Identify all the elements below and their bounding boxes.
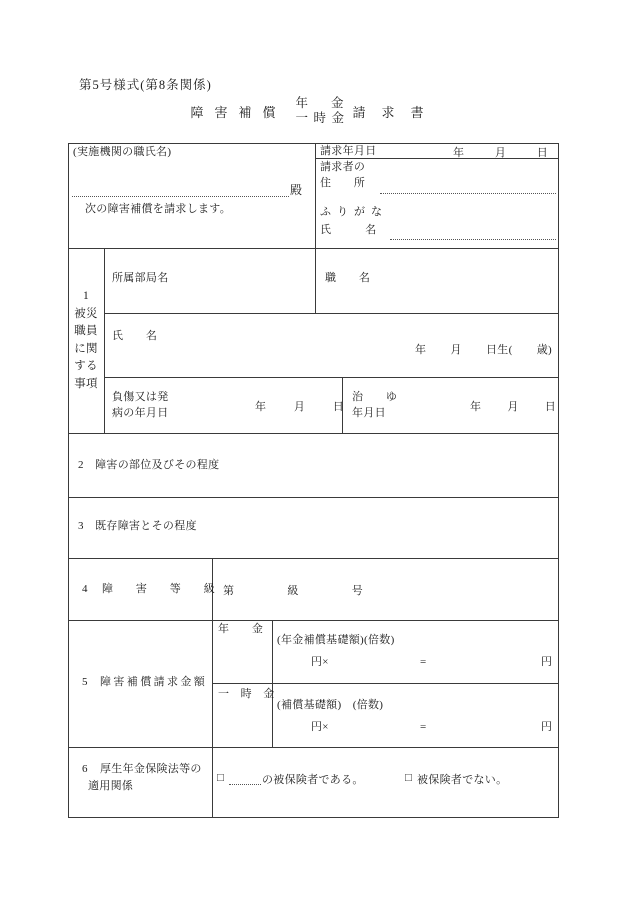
disability-compensation-claim-form: 第5号様式(第8条関係) 障害補償 年 金 一時金 請求書 (実施機関の職氏名)…: [0, 0, 630, 903]
injury-date-ymd[interactable]: 年 月 日: [255, 398, 344, 414]
claim-date-label: 請求年月日: [320, 144, 377, 158]
birth-date-row[interactable]: 年 月 日生( 歳): [415, 341, 552, 357]
table-line: [68, 747, 558, 748]
lump-sum-yen: 円: [541, 720, 552, 734]
injury-date-label: 負傷又は発 病の年月日: [112, 389, 169, 421]
section5-label: 障害補償請求金額: [100, 675, 207, 689]
title-pension-lump-stack: 年 金 一時金: [296, 96, 344, 127]
furigana-label: ふりがな: [320, 205, 388, 219]
table-line: [68, 248, 558, 249]
table-line: [558, 143, 559, 818]
section4-label: 障 害 等 級: [102, 582, 215, 596]
pension-yen-times[interactable]: 円×: [311, 655, 329, 669]
pension-equals: =: [420, 655, 427, 669]
day-label: 日: [537, 144, 548, 160]
claimant-name-label: 氏 名: [320, 223, 377, 237]
section3-label: 3 既存障害とその程度: [78, 519, 197, 533]
table-line: [68, 817, 558, 818]
table-line: [104, 313, 558, 314]
year-label: 年: [470, 398, 481, 414]
insured-checkbox[interactable]: □: [217, 771, 224, 786]
form-title: 障害補償 年 金 一時金 請求書: [0, 92, 630, 130]
table-line: [68, 497, 558, 498]
table-line: [68, 143, 69, 818]
section4-number: 4: [82, 582, 88, 596]
insured-text: の被保険者である。: [262, 773, 364, 787]
table-line: [104, 377, 558, 378]
insurer-name-field[interactable]: [229, 771, 261, 785]
grade-value-row[interactable]: 第 級 号: [223, 582, 363, 598]
healed-date-label: 治 ゆ 年月日: [352, 389, 397, 421]
age-label: 歳): [537, 341, 552, 357]
not-insured-text: 被保険者でない。: [417, 773, 507, 787]
born-label: 日生(: [486, 341, 513, 357]
section1-side-label: 1 被災 職員 に関 する 事項: [68, 288, 104, 393]
grade-dai-label: 第: [223, 582, 234, 598]
pension-row-label: 年 金: [218, 622, 263, 636]
lump-sum-equals: =: [420, 720, 427, 734]
claim-date-ymd[interactable]: 年 月 日: [453, 144, 548, 160]
address-label: 住 所: [320, 176, 365, 190]
section6-label-line1: 厚生年金保険法等の: [100, 762, 202, 776]
department-label: 所属部局名: [112, 271, 169, 285]
section2-label: 2 障害の部位及びその程度: [78, 458, 219, 472]
healed-date-ymd[interactable]: 年 月 日: [470, 398, 556, 414]
pension-formula-label: (年金補償基礎額)(倍数): [277, 633, 395, 647]
title-prefix: 障害補償: [190, 102, 286, 121]
lump-sum-row-label: 一 時 金: [218, 687, 275, 701]
month-label: 月: [450, 341, 461, 357]
year-label: 年: [255, 398, 266, 414]
form-number: 第5号様式(第8条関係): [79, 77, 212, 93]
month-label: 月: [507, 398, 518, 414]
section6-label-line2: 適用関係: [88, 779, 133, 793]
title-suffix: 請求書: [353, 102, 440, 121]
grade-kyu-label: 級: [287, 582, 298, 598]
claimant-prefix-label: 請求者の: [320, 160, 365, 174]
agency-name-label: (実施機関の職氏名): [73, 145, 171, 159]
year-label: 年: [415, 341, 426, 357]
section5-number: 5: [82, 675, 88, 689]
position-label: 職 名: [325, 271, 370, 285]
title-pension-left: 年: [296, 96, 309, 111]
day-label: 日: [545, 398, 556, 414]
day-label: 日: [333, 398, 344, 414]
table-line: [315, 143, 316, 313]
lump-sum-yen-times[interactable]: 円×: [311, 720, 329, 734]
table-line: [68, 620, 558, 621]
table-line: [104, 248, 105, 433]
request-statement: 次の障害補償を請求します。: [85, 202, 231, 216]
grade-go-label: 号: [352, 582, 363, 598]
lump-sum-formula-label: (補償基礎額) (倍数): [277, 698, 383, 712]
address-field[interactable]: [380, 180, 556, 194]
month-label: 月: [495, 144, 506, 160]
title-lump-line: 一時金: [296, 111, 344, 126]
table-line: [68, 558, 558, 559]
agency-name-field[interactable]: [72, 183, 289, 197]
table-line: [212, 558, 213, 817]
not-insured-checkbox[interactable]: □: [405, 771, 412, 786]
year-label: 年: [453, 144, 464, 160]
section6-number: 6: [82, 762, 88, 776]
claimant-name-field[interactable]: [390, 226, 556, 240]
title-pension-line: 年 金: [296, 96, 344, 111]
month-label: 月: [294, 398, 305, 414]
table-line: [272, 620, 273, 747]
table-line: [212, 683, 558, 684]
employee-name-label: 氏 名: [112, 329, 157, 343]
pension-yen: 円: [541, 655, 552, 669]
table-line: [68, 433, 558, 434]
title-pension-right: 金: [331, 96, 344, 111]
dono-label: 殿: [290, 183, 302, 199]
